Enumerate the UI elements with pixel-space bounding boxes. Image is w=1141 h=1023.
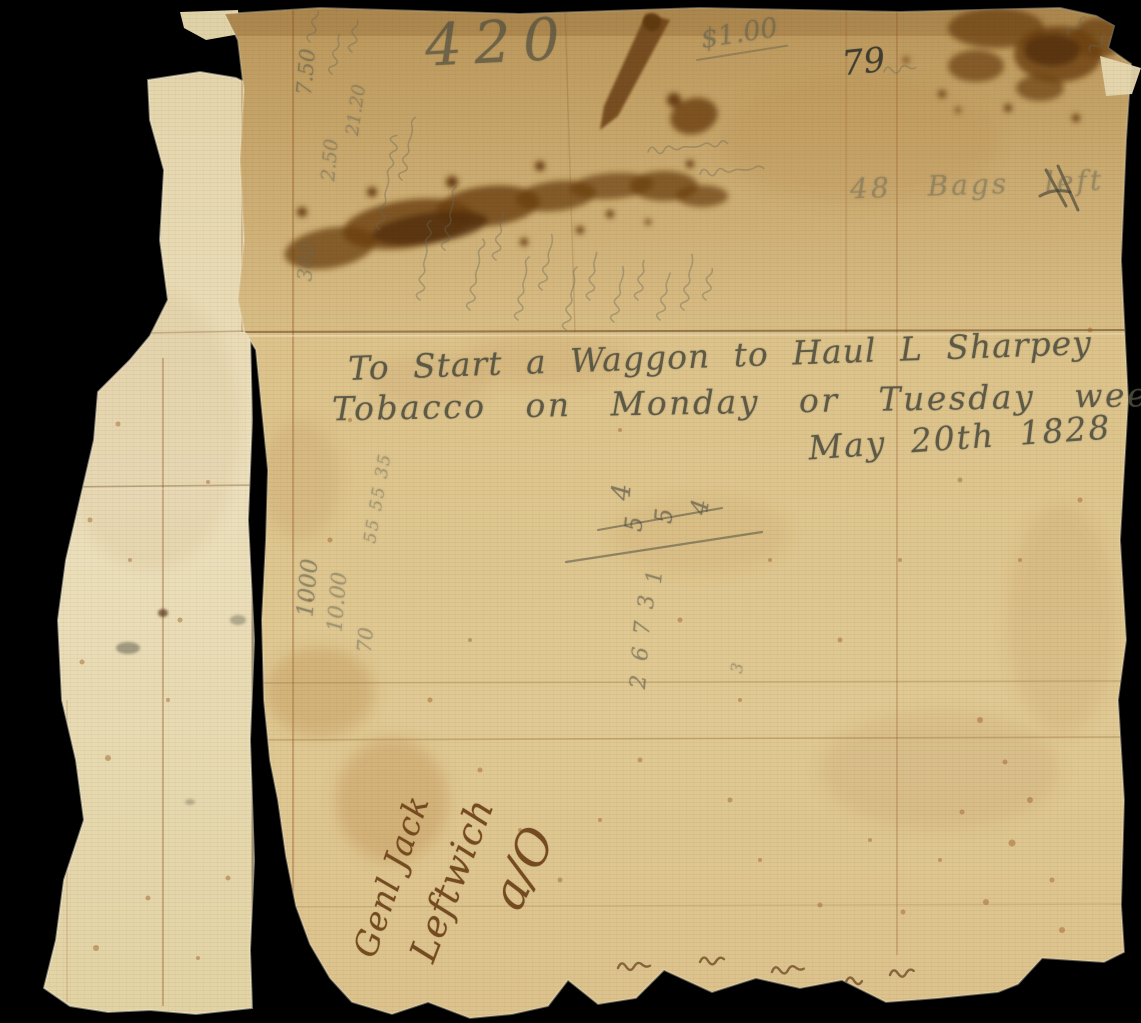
paper-strip: [44, 72, 256, 1014]
scanned-document: 420 $1.00 79 48 Bags left 7.50 2.50 300 …: [0, 0, 1141, 1023]
ink-blot: [643, 13, 661, 31]
age-stain: [60, 290, 240, 570]
paper-artwork: [0, 0, 1141, 1023]
aged-top-band: [200, 0, 1141, 333]
paper-sheet: [200, 0, 1141, 1018]
paper-flap-top-right: [1100, 56, 1141, 96]
